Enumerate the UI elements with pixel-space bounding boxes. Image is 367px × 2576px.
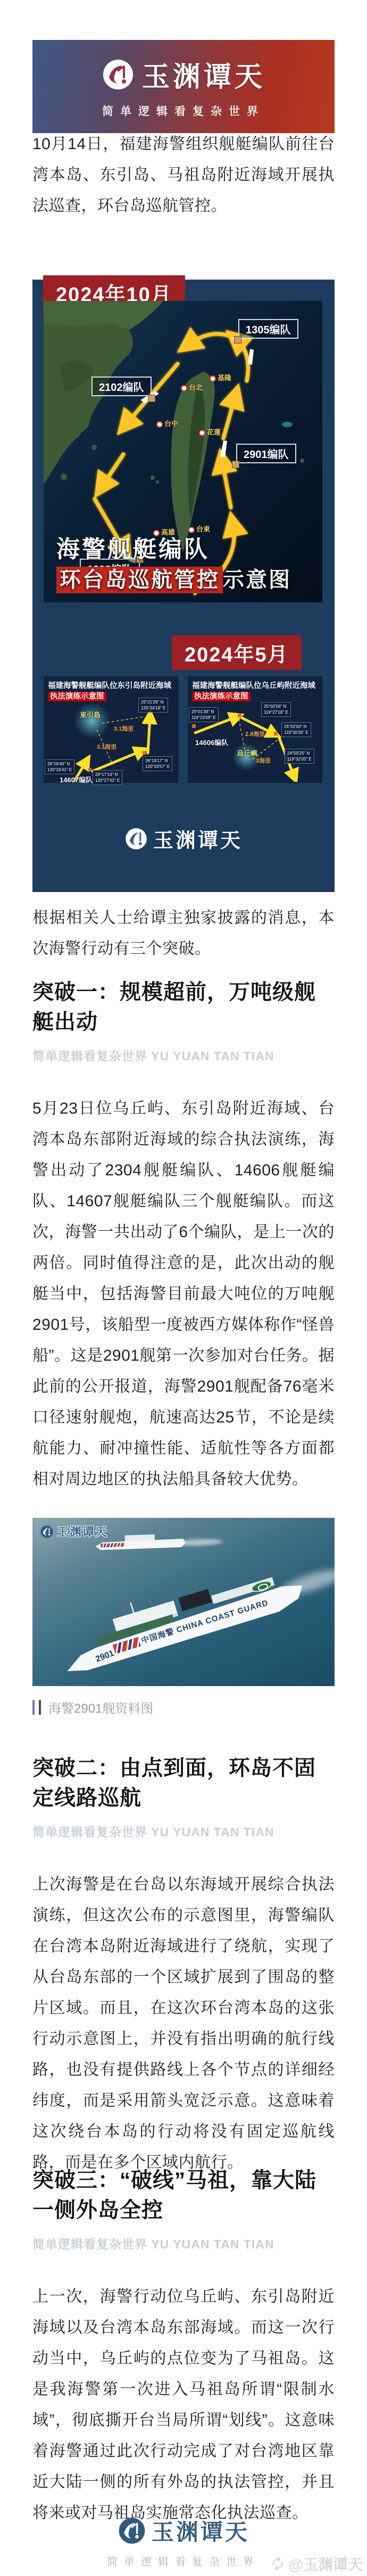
photo-caption-text: 海警2901舰资料图 [48, 1698, 153, 1716]
city-label-keelung: 基隆 [210, 372, 231, 382]
weibo-watermark: @玉渊谭天 [270, 2553, 363, 2574]
ship-photo: 玉渊谭天 中国海警 CHINA COAST GUARD 2901 [32, 1518, 335, 1686]
caption-bar-dark [39, 1700, 41, 1715]
section3-heading: 突破三：“破线”马祖，靠大陆一侧外岛全控 [32, 2165, 335, 2225]
dongyin-coord2: 26°19'17" N120°33'57" E [143, 756, 172, 771]
brand-logo-icon [102, 58, 135, 91]
section1: 突破一：规模超前，万吨级舰艇出动 简单逻辑看复杂世界 YU YUAN TAN T… [32, 977, 335, 1495]
wuqiu-fleet-label: 14606编队 [195, 737, 228, 747]
submap-wuqiu: 福建海警舰艇编队位乌丘屿附近海域 执法演练示意图 烏丘嶼 [188, 676, 322, 783]
patrol-infographic-card: 2024年10月 [32, 280, 335, 892]
reveal-paragraph: 根据相关人士给谭主独家披露的消息，本次海警行动有三个突破。 [32, 903, 335, 964]
wuqiu-coord4: 24°59'25" N119°32'05" E [285, 749, 314, 764]
taiwan-patrol-map: 1305编队 2102编队 2901编队 1303编队 基隆 台北 台中 花蓮 … [44, 301, 322, 602]
caption-bar-purple [32, 1700, 35, 1715]
section1-body: 5月23日位乌丘屿、东引岛附近海域、台湾本岛东部附近海域的综合执法演练，海警出动… [32, 1093, 335, 1495]
section3: 突破三：“破线”马祖，靠大陆一侧外岛全控 简单逻辑看复杂世界 YU YUAN T… [32, 2165, 335, 2529]
photo-watermark-text: 玉渊谭天 [57, 1523, 108, 1540]
city-label-hualien: 花蓮 [199, 427, 221, 437]
badge-2024-may: 2024年5月 [172, 635, 302, 670]
map-title-highlight: 环台岛巡航管控 [56, 567, 223, 593]
intro-paragraph: 10月14日，福建海警组织舰艇编队前往台湾本岛、东引岛、马祖岛附近海域开展执法巡… [32, 129, 335, 222]
weibo-watermark-text: @玉渊谭天 [289, 2553, 363, 2574]
submap-wuqiu-title1: 福建海警舰艇编队位乌丘屿附近海域 [192, 681, 318, 691]
section2-watermark: 简单逻辑看复杂世界 YU YUAN TAN TIAN [32, 1817, 335, 1847]
footer-tagline: 简单逻辑看复杂世界 [107, 2553, 260, 2569]
card-watermark-text: 玉渊谭天 [153, 824, 243, 853]
share-icon [270, 2556, 286, 2572]
section1-watermark: 简单逻辑看复杂世界 YU YUAN TAN TIAN [32, 1041, 335, 1071]
submap-wuqiu-title2: 执法演练示意图 [192, 692, 251, 701]
fleet-label-1305: 1305编队 [238, 319, 298, 339]
photo-caption: 海警2901舰资料图 [32, 1698, 335, 1716]
ship-photo-block: 玉渊谭天 中国海警 CHINA COAST GUARD 2901 [32, 1518, 335, 1716]
fleet-anchor-1305 [234, 336, 241, 344]
dongyin-dist2: 3.1海里 [97, 742, 116, 751]
dongyin-dist1: 3.1海里 [114, 724, 134, 733]
fleet-anchor-2901 [232, 461, 239, 468]
map-title-line2: 环台岛巡航管控示意图 [56, 563, 291, 593]
wuqiu-coord3: 25°02'00" N119°30'26" E [281, 722, 311, 737]
weibo-article-image: 玉渊谭天 简单逻辑看复杂世界 10月14日，福建海警组织舰艇编队前往台湾本岛、东… [0, 0, 367, 2576]
brand-tagline: 简单逻辑看复杂世界 [102, 103, 265, 119]
footer-logo-icon [118, 2516, 146, 2545]
section2-body: 上次海警是在台岛以东海域开展综合执法演练，但这次公布的示意图里，海警编队在台湾本… [32, 1869, 335, 2178]
map-title-rest: 示意图 [223, 568, 291, 592]
photo-watermark-icon [40, 1525, 54, 1539]
map-title-line1: 海警舰艇编队 [56, 530, 210, 564]
footer-logo-text: 玉渊谭天 [152, 2515, 249, 2547]
fleet-label-2102: 2102编队 [91, 377, 152, 396]
dongyin-fleet-label: 14607编队 [60, 774, 93, 784]
section2-heading: 突破二：由点到面，环岛不固定线路巡航 [32, 1753, 335, 1813]
section2: 突破二：由点到面，环岛不固定线路巡航 简单逻辑看复杂世界 YU YUAN TAN… [32, 1753, 335, 2178]
section1-heading: 突破一：规模超前，万吨级舰艇出动 [32, 977, 335, 1037]
dongyin-coord3: 26°16'40" N120°26'41" E [45, 759, 74, 774]
city-label-taichung: 台中 [156, 418, 178, 428]
dongyin-coord4: 26°17'14" N120°27'42" E [93, 770, 122, 785]
brand-banner: 玉渊谭天 简单逻辑看复杂世界 [32, 40, 335, 133]
card-watermark: 玉渊谭天 [32, 824, 335, 853]
submap-dongyin-title1: 福建海警舰艇编队位东引岛附近海域 [48, 681, 174, 691]
wuqiu-dist1: 2.8海里 [245, 730, 265, 738]
submap-dongyin-title2: 执法演练示意图 [48, 692, 106, 701]
fleet-anchor-2102 [148, 395, 155, 402]
ccg-2901-ship: 中国海警 CHINA COAST GUARD 2901 [56, 1562, 310, 1682]
wuqiu-dist2: 3海里 [256, 756, 271, 765]
submap-dongyin: 福建海警舰艇编队位东引岛附近海域 执法演练示意图 東引島 [44, 676, 178, 783]
wuqiu-coord2: 25°02'56" N119°27'18" E [261, 702, 291, 717]
escort-ship [95, 1529, 186, 1553]
section3-body: 上一次，海警行动位乌丘屿、东引岛附近海域以及台湾本岛东部海域。而这一次行动当中，… [32, 2281, 335, 2529]
card-watermark-icon [124, 827, 148, 851]
photo-watermark: 玉渊谭天 [40, 1523, 108, 1540]
city-label-taipei: 台北 [181, 382, 203, 392]
wuqiu-coord1: 25°01'36" N119°23'09" E [189, 707, 219, 722]
fleet-label-2901: 2901编队 [236, 444, 296, 463]
brand-logo-title: 玉渊谭天 [142, 54, 265, 94]
dongyin-coord1: 26°21'29" N120°34'19" E [138, 698, 168, 713]
section3-watermark: 简单逻辑看复杂世界 YU YUAN TAN TIAN [32, 2229, 335, 2259]
